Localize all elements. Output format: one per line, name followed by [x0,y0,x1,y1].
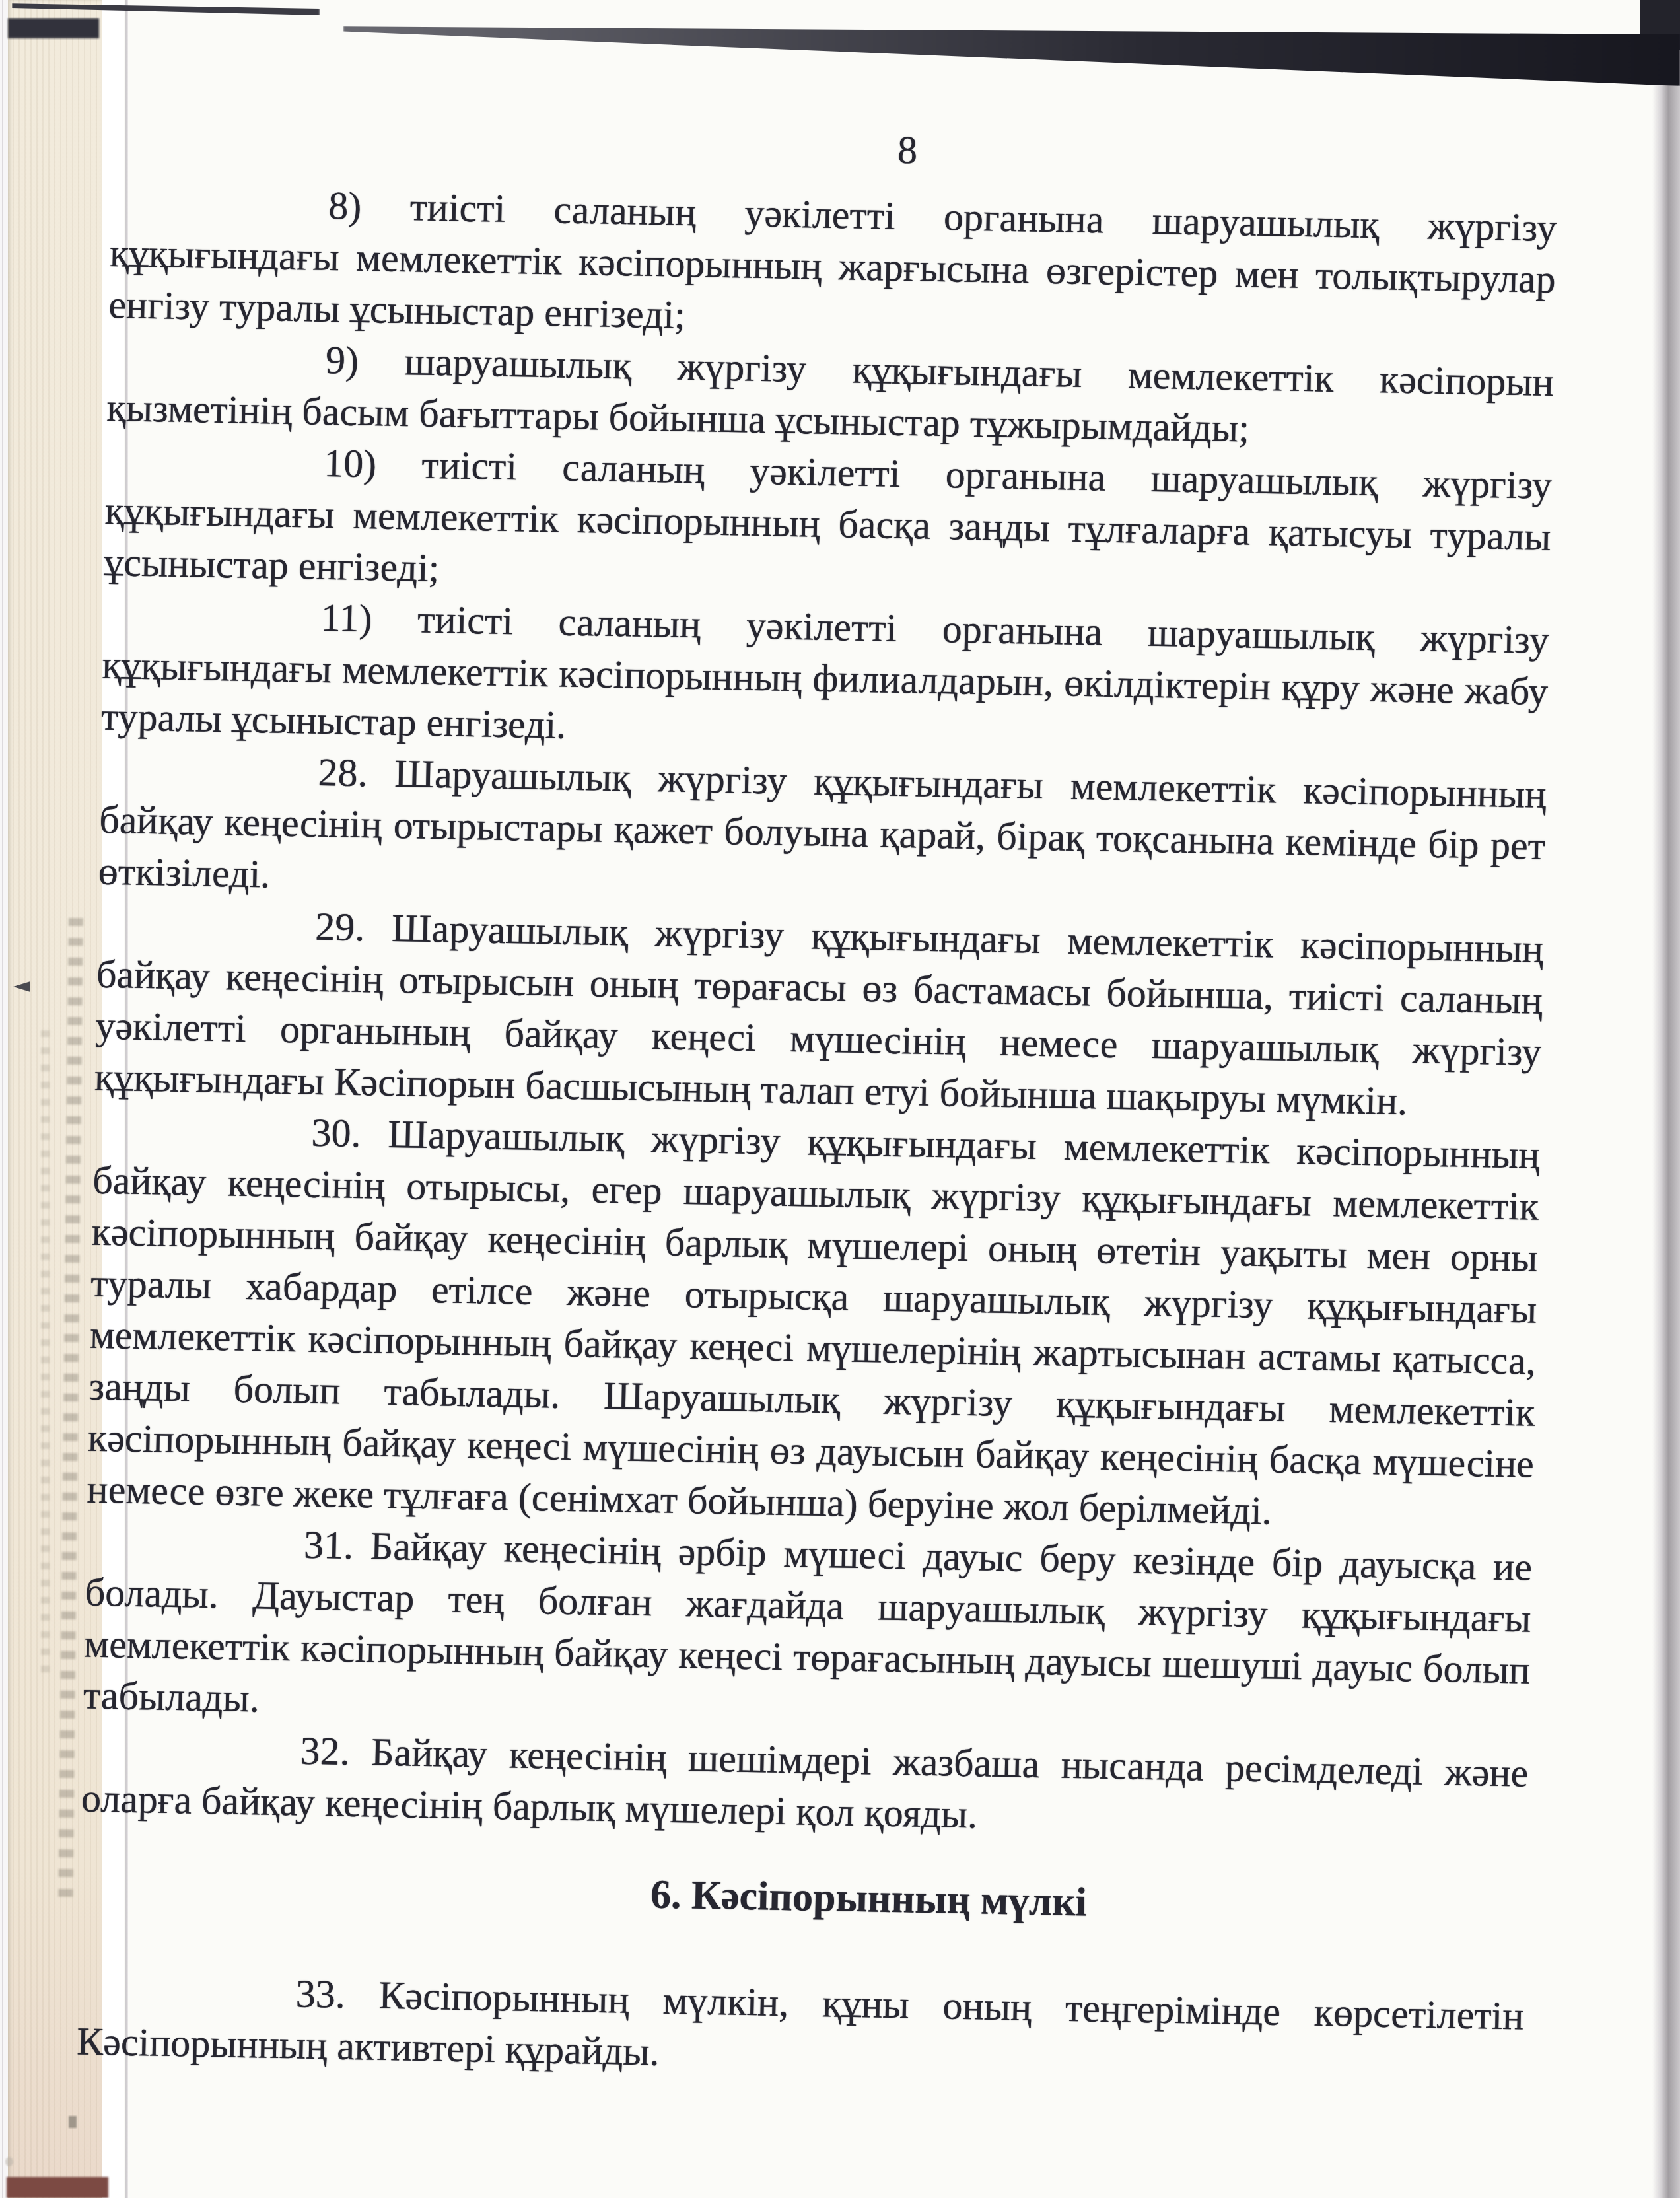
body-paragraph: 29. Шаруашылық жүргізу құқығындағы мемле… [94,897,1543,1129]
body-paragraph: 8) тиісті саланың уәкілетті органына шар… [108,176,1557,357]
binding-bottom-mark [7,2177,108,2198]
scan-edge-streak [8,18,99,38]
page-right-shadow [1652,0,1680,2198]
scanner-bed-edge-line [2,0,3,2198]
bleed-through-marks [41,1030,50,1678]
ink-speck [69,2116,77,2128]
body-paragraph: 31. Байқау кеңесінің әрбір мүшесі дауыс … [83,1515,1532,1748]
body-paragraph: 28. Шаруашылық жүргізу құқығындағы мемле… [98,742,1547,923]
ink-speck [5,2157,13,2166]
scanner-bed-edge [0,0,8,2198]
document-text: 8 8) тиісті саланың уәкілетті органына ш… [77,110,1558,2094]
body-paragraph: 11) тиісті саланың уәкілетті органына ша… [100,588,1549,769]
section-heading: 6. Кәсіпорынның мүлкі [79,1859,1526,1936]
body-paragraph: 10) тиісті саланың уәкілетті органына ша… [104,433,1553,614]
body-paragraph: 30. Шаруашылық жүргізу құқығындағы мемле… [87,1103,1540,1542]
